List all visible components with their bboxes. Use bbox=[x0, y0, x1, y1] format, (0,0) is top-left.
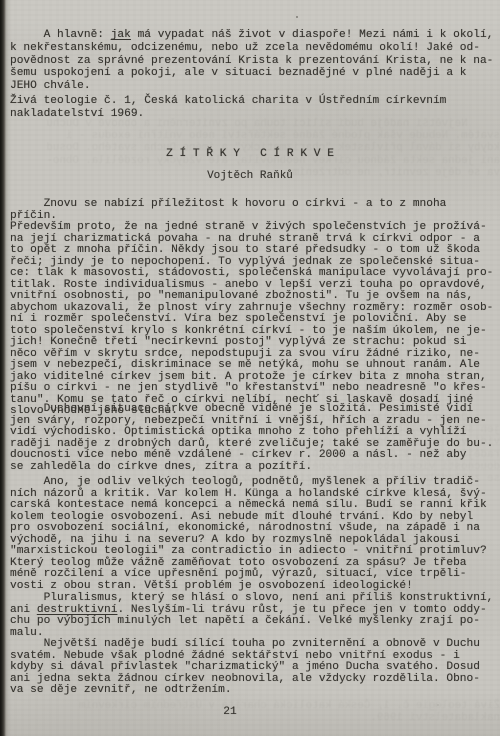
scanned-page: Největší naděje budí sílící touha po zvn… bbox=[0, 0, 500, 736]
article-title: Z Í T Ř K Y C Í R K V E bbox=[0, 148, 500, 160]
publication-line: Živá teologie č. 1, Česká katolická char… bbox=[10, 95, 494, 121]
intro-paragraph: A hlavně: jak má vypadat náš život v dia… bbox=[10, 29, 494, 93]
body-paragraph: Ano, je odliv velkých teologů, podnětů, … bbox=[10, 477, 494, 592]
body-paragraph: Pluralismus, který se hlásí o slovo, nen… bbox=[10, 593, 494, 639]
dust-speck bbox=[296, 16, 298, 18]
body-paragraph: Duchovní situace církve obecně viděné je… bbox=[10, 404, 494, 473]
body-paragraph: Největší naděje budí sílící touha po zvn… bbox=[10, 639, 494, 697]
body-paragraph: Znovu se nabízí příležitost k hovoru o c… bbox=[10, 199, 494, 418]
article-author: Vojtěch Raňků bbox=[0, 170, 500, 182]
page-number: 21 bbox=[0, 706, 480, 718]
